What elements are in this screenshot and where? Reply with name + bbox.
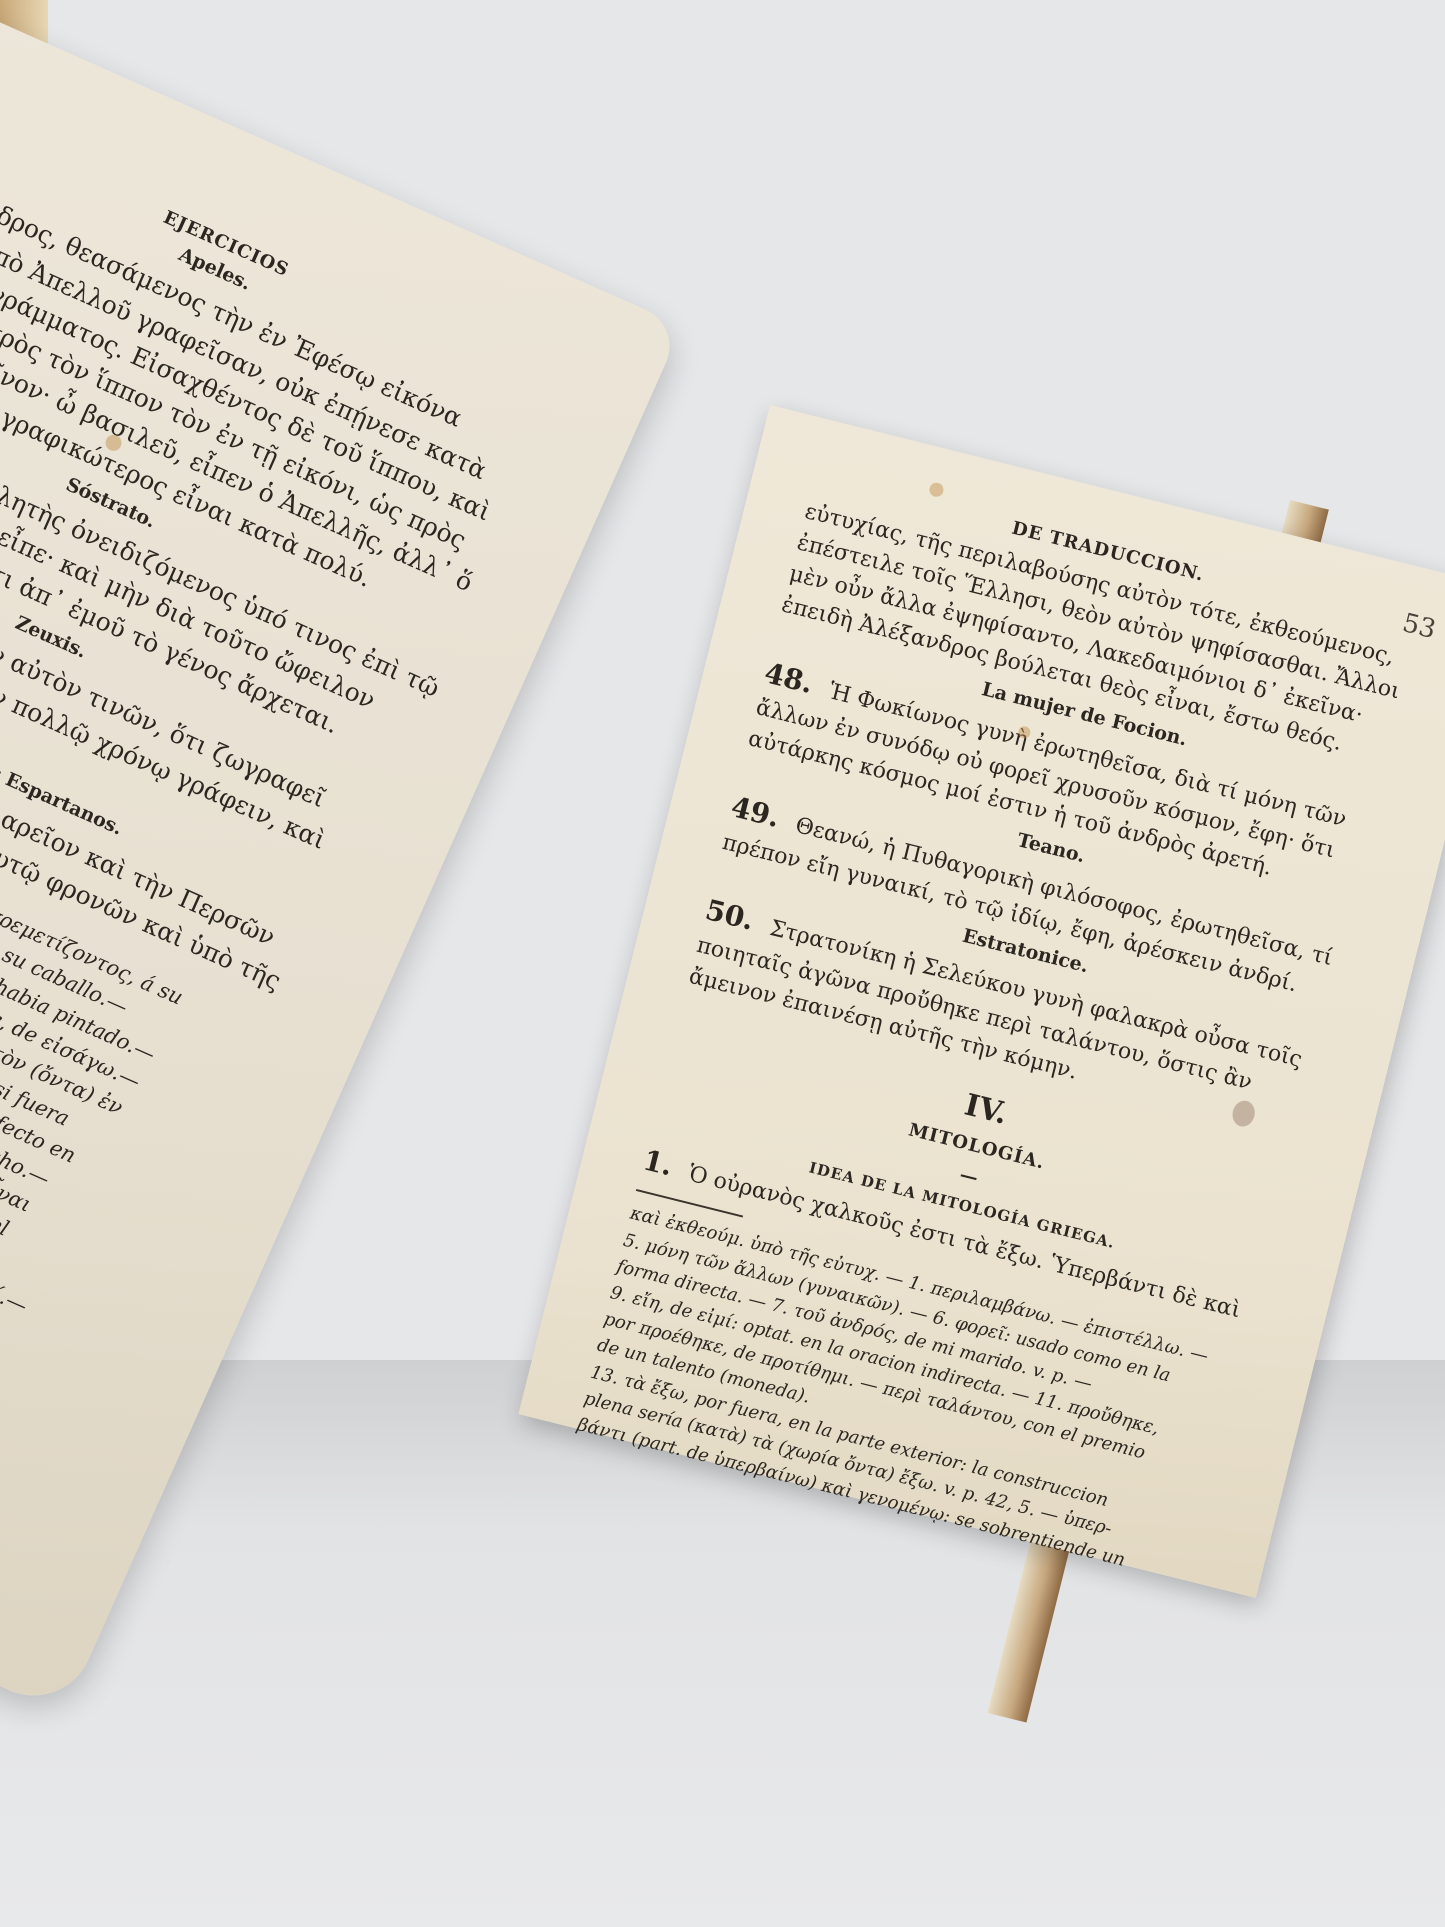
paragraph-number: 1. xyxy=(640,1143,676,1182)
page-number: 53 xyxy=(1399,608,1438,645)
exercise-number: 48. xyxy=(761,656,816,700)
exercise-number: 50. xyxy=(702,893,757,937)
exercise-number: 49. xyxy=(728,790,783,834)
